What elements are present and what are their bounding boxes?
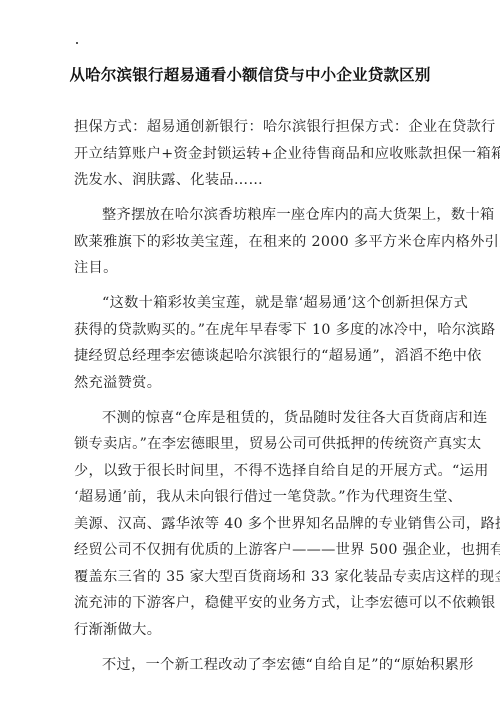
text-line: 少，以致于很长时间里，不得不选择自给自足的开展方式。“运用	[74, 458, 428, 485]
document-title: 从哈尔滨银行超易通看小额信贷与中小企业贷款区别	[0, 63, 500, 85]
text-line: 流充沛的下游客户，稳健平安的业务方式，让李宏德可以不依赖银	[74, 590, 428, 617]
paragraph: “这数十箱彩妆美宝莲，就是靠‘超易通’这个创新担保方式 获得的贷款购买的。”在虎…	[74, 290, 428, 396]
text-line: 不测的惊喜“仓库是租赁的，货品随时发往各大百货商店和连	[74, 405, 428, 432]
document-body: 担保方式：超易通创新银行：哈尔滨银行担保方式：企业在贷款行 开立结算账户+资金封…	[74, 114, 428, 678]
text-line: 然充溢赞赏。	[74, 370, 428, 397]
text-line: 整齐摆放在哈尔滨香坊粮库一座仓库内的高大货架上，数十箱	[74, 202, 428, 229]
page-marker-dot	[76, 42, 78, 44]
text-line: 注目。	[74, 255, 428, 282]
text-line: 行渐渐做大。	[74, 617, 428, 644]
text-line: 欧莱雅旗下的彩妆美宝莲，在租来的 2000 多平方米仓库内格外引人	[74, 229, 428, 256]
text-line: ‘超易通’前，我从未向银行借过一笔贷款。”作为代理资生堂、	[74, 484, 428, 511]
paragraph: 不测的惊喜“仓库是租赁的，货品随时发往各大百货商店和连 锁专卖店。”在李宏德眼里…	[74, 405, 428, 644]
text-line: 锁专卖店。”在李宏德眼里，贸易公司可供抵押的传统资产真实太	[74, 431, 428, 458]
text-line: 覆盖东三省的 35 家大型百货商场和 33 家化装品专卖店这样的现金	[74, 564, 428, 591]
paragraph: 整齐摆放在哈尔滨香坊粮库一座仓库内的高大货架上，数十箱 欧莱雅旗下的彩妆美宝莲，…	[74, 202, 428, 282]
text-line: 开立结算账户+资金封锁运转+企业待售商品和应收账款担保一箱箱	[74, 141, 428, 168]
paragraph: 不过，一个新工程改动了李宏德“自给自足”的“原始积累形	[74, 652, 428, 679]
text-line: 美源、汉高、露华浓等 40 多个世界知名品牌的专业销售公司，路捷	[74, 511, 428, 538]
text-line: “这数十箱彩妆美宝莲，就是靠‘超易通’这个创新担保方式	[74, 290, 428, 317]
text-line: 捷经贸总经理李宏德谈起哈尔滨银行的“超易通”，滔滔不绝中依	[74, 343, 428, 370]
paragraph: 担保方式：超易通创新银行：哈尔滨银行担保方式：企业在贷款行 开立结算账户+资金封…	[74, 114, 428, 194]
text-line: 不过，一个新工程改动了李宏德“自给自足”的“原始积累形	[74, 652, 428, 679]
text-line: 洗发水、润肤露、化装品……	[74, 167, 428, 194]
text-line: 经贸公司不仅拥有优质的上游客户———世界 500 强企业，也拥有	[74, 537, 428, 564]
text-line: 获得的贷款购买的。”在虎年早春零下 10 多度的冰冷中，哈尔滨路	[74, 317, 428, 344]
text-line: 担保方式：超易通创新银行：哈尔滨银行担保方式：企业在贷款行	[74, 114, 428, 141]
